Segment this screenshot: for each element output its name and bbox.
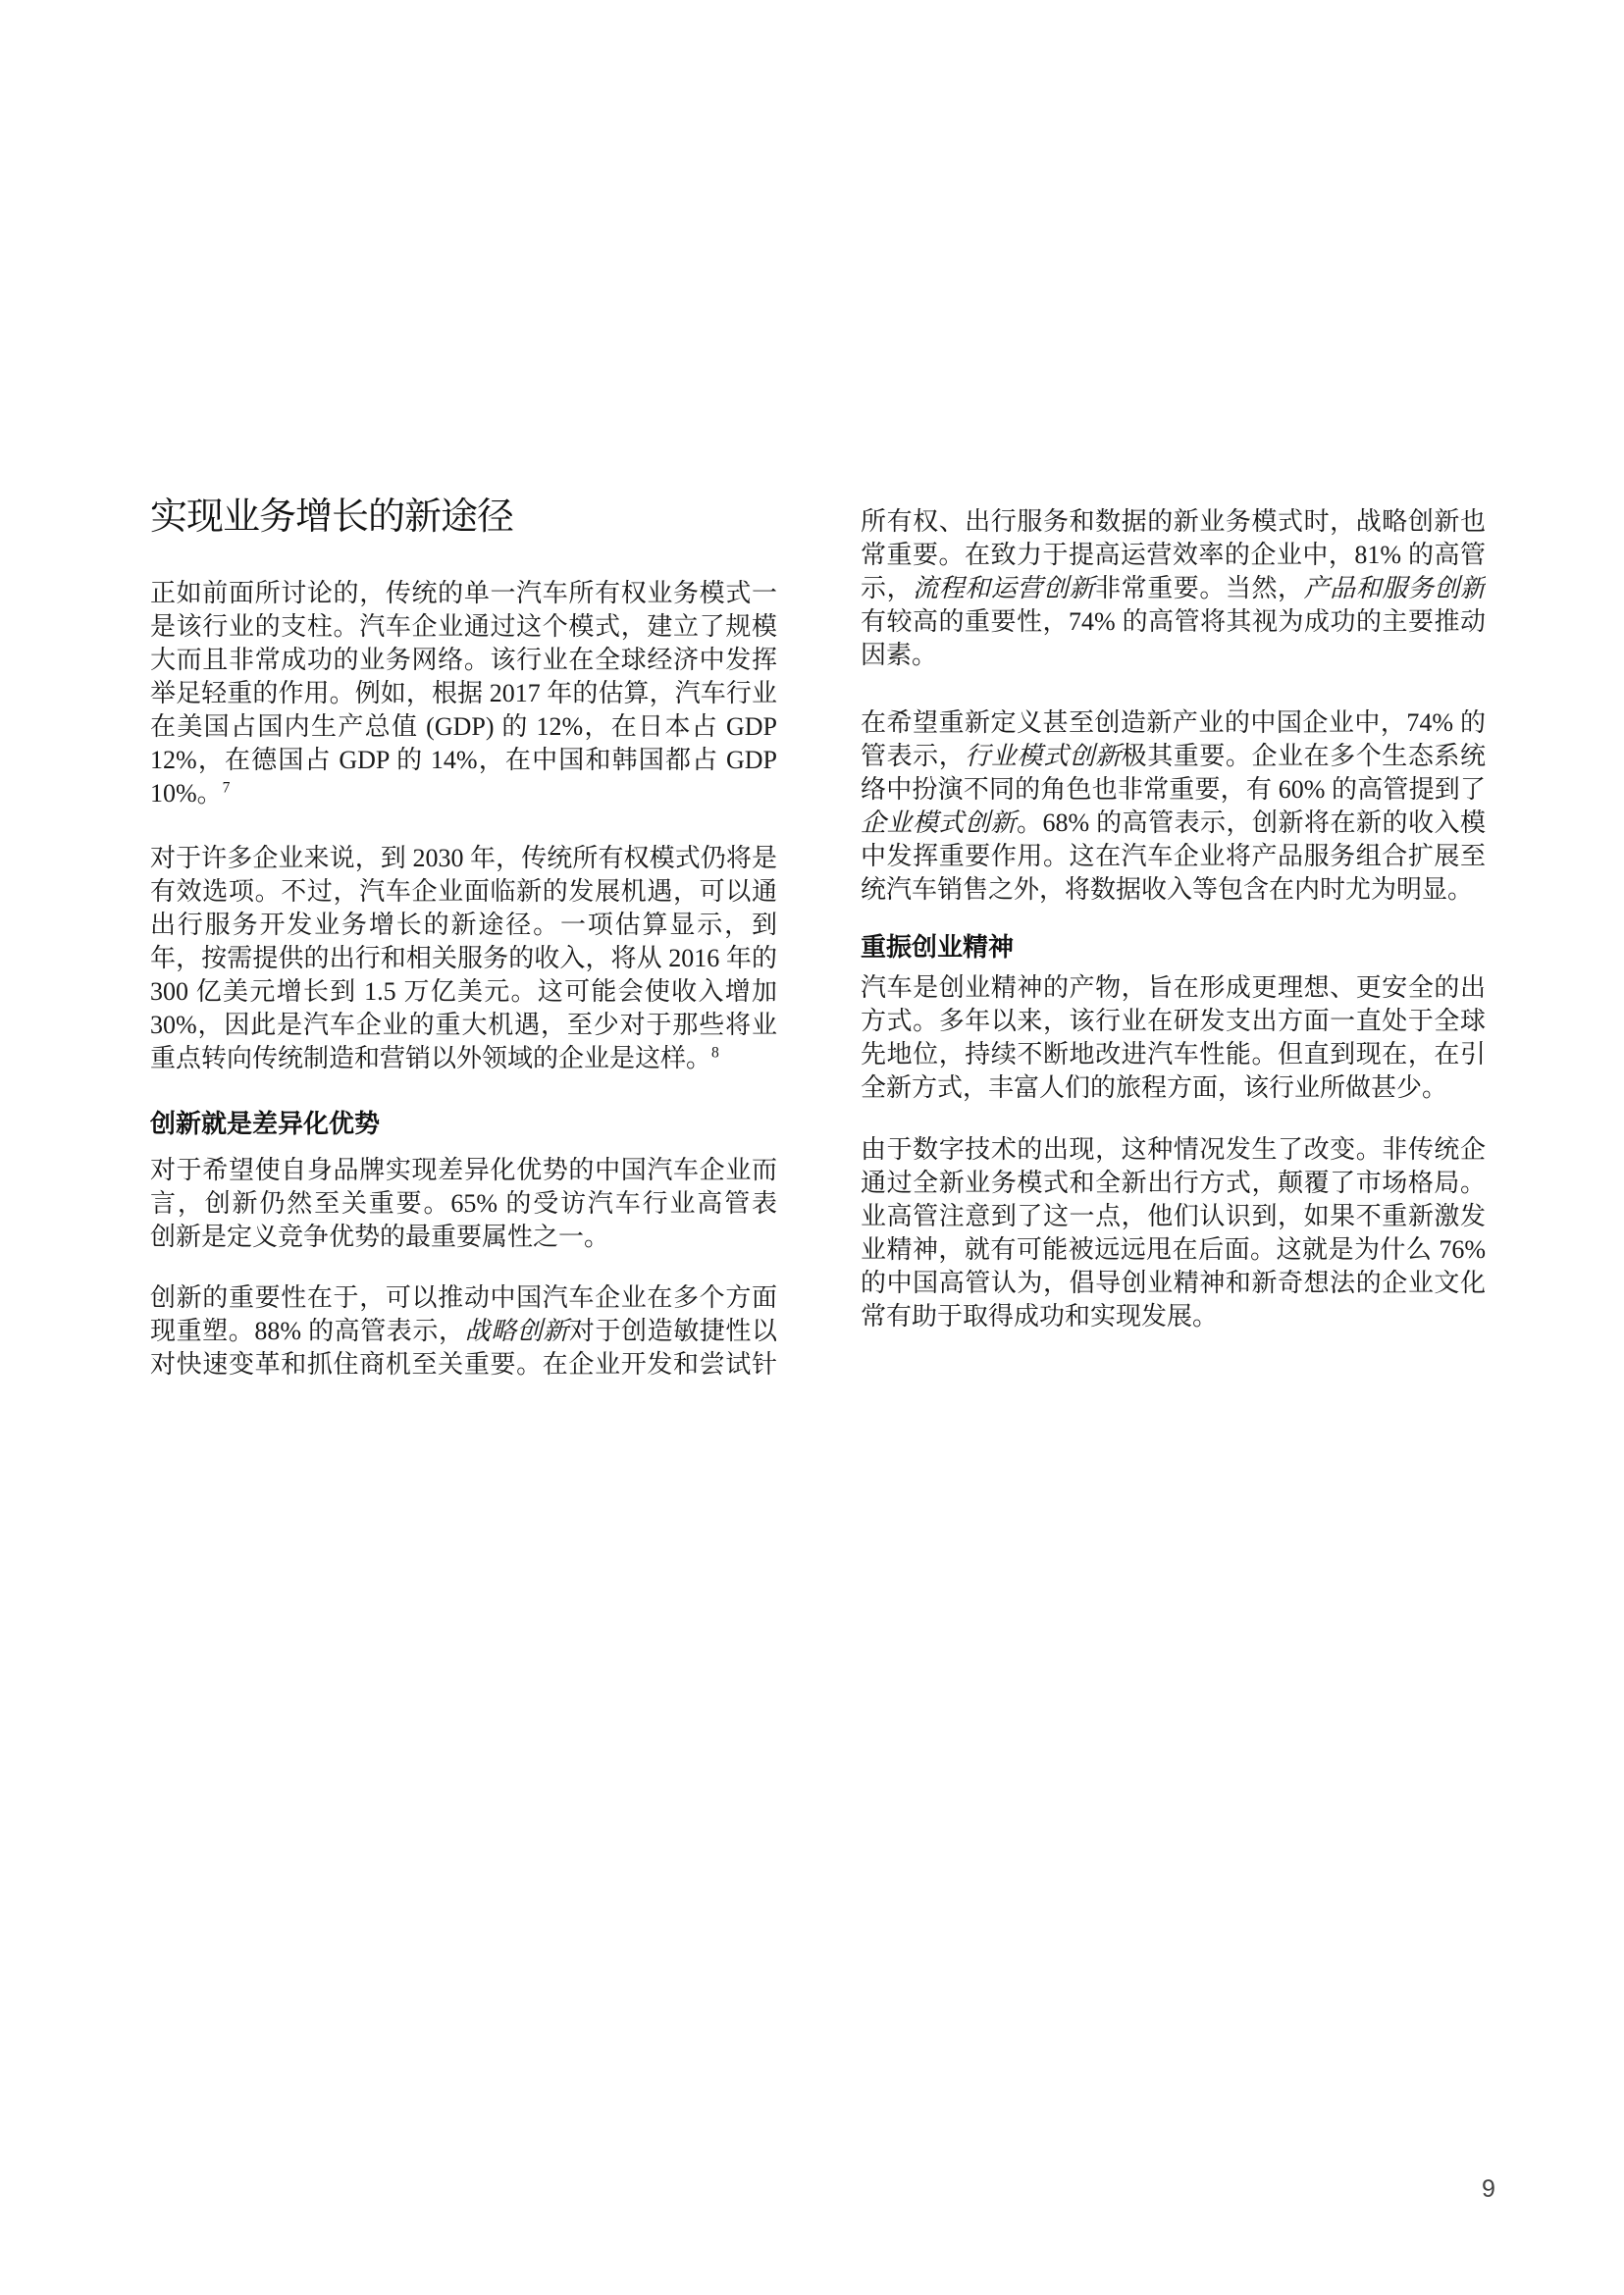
body-text: 年，按需提供的出行和相关服务的收入，将从 2016 年的 bbox=[150, 944, 777, 972]
body-text: 管表示， bbox=[861, 742, 965, 770]
text-line: 业精神，就有可能被远远甩在后面。这就是为什么 76% bbox=[861, 1233, 1486, 1267]
text-line: 所有权、出行服务和数据的新业务模式时，战略创新也非 bbox=[861, 505, 1486, 539]
paragraph: 所有权、出行服务和数据的新业务模式时，战略创新也非常重要。在致力于提高运营效率的… bbox=[861, 505, 1486, 672]
emphasized-text: 企业模式创新 bbox=[861, 808, 1017, 837]
body-text: 所有权、出行服务和数据的新业务模式时，战略创新也非 bbox=[861, 507, 1486, 539]
body-text: 重点转向传统制造和营销以外领域的企业是这样。 bbox=[150, 1044, 711, 1072]
body-text: 非常重要。当然， bbox=[1095, 574, 1304, 602]
text-line: 常重要。在致力于提高运营效率的企业中，81% 的高管表 bbox=[861, 539, 1486, 572]
body-text: 现重塑。88% 的高管表示， bbox=[150, 1317, 465, 1345]
subsection-heading: 创新就是差异化优势 bbox=[150, 1107, 777, 1140]
body-text: 业高管注意到了这一点，他们认识到，如果不重新激发创 bbox=[861, 1202, 1486, 1233]
text-line: 有效选项。不过，汽车企业面临新的发展机遇，可以通过 bbox=[150, 875, 777, 909]
emphasized-text: 产品和服务创新 bbox=[1304, 574, 1486, 602]
text-line: 在美国占国内生产总值 (GDP) 的 12%，在日本占 GDP 的 bbox=[150, 710, 777, 744]
text-line: 出行服务开发业务增长的新途径。一项估算显示，到 2030 bbox=[150, 909, 777, 942]
footnote-reference: 7 bbox=[223, 779, 231, 796]
body-text: 在美国占国内生产总值 (GDP) 的 12%，在日本占 GDP 的 bbox=[150, 712, 777, 744]
body-text: 在希望重新定义甚至创造新产业的中国企业中，74% 的高 bbox=[861, 708, 1486, 740]
text-line: 对于许多企业来说，到 2030 年，传统所有权模式仍将是 bbox=[150, 842, 777, 875]
text-line: 络中扮演不同的角色也非常重要，有 60% 的高管提到了 bbox=[861, 773, 1486, 807]
text-line: 年，按需提供的出行和相关服务的收入，将从 2016 年的 bbox=[150, 942, 777, 975]
text-line: 业高管注意到了这一点，他们认识到，如果不重新激发创 bbox=[861, 1200, 1486, 1233]
body-text: 业精神，就有可能被远远甩在后面。这就是为什么 76% bbox=[861, 1235, 1486, 1264]
text-line: 言，创新仍然至关重要。65% 的受访汽车行业高管表示， bbox=[150, 1187, 777, 1221]
paragraph: 正如前面所讨论的，传统的单一汽车所有权业务模式一直是该行业的支柱。汽车企业通过这… bbox=[150, 577, 777, 810]
body-text: 是该行业的支柱。汽车企业通过这个模式，建立了规模庞 bbox=[150, 612, 777, 644]
text-line: 创新的重要性在于，可以推动中国汽车企业在多个方面实 bbox=[150, 1281, 777, 1315]
body-text: 创新的重要性在于，可以推动中国汽车企业在多个方面实 bbox=[150, 1283, 777, 1315]
body-text: 对快速变革和抓住商机至关重要。在企业开发和尝试针对 bbox=[150, 1350, 777, 1382]
page-number: 9 bbox=[1482, 2175, 1495, 2204]
text-line: 正如前面所讨论的，传统的单一汽车所有权业务模式一直 bbox=[150, 577, 777, 610]
body-text: 常重要。在致力于提高运营效率的企业中，81% 的高管表 bbox=[861, 541, 1486, 572]
text-line: 示，流程和运营创新非常重要。当然，产品和服务创新也具 bbox=[861, 572, 1486, 605]
text-line: 有较高的重要性，74% 的高管将其视为成功的主要推动 bbox=[861, 605, 1486, 639]
body-text: 12%，在德国占 GDP 的 14%，在中国和韩国都占 GDP 的 bbox=[150, 746, 777, 777]
text-line: 现重塑。88% 的高管表示，战略创新对于创造敏捷性以应 bbox=[150, 1315, 777, 1348]
text-line: 方式。多年以来，该行业在研发支出方面一直处于全球领 bbox=[861, 1005, 1486, 1038]
text-line: 中发挥重要作用。这在汽车企业将产品服务组合扩展至传 bbox=[861, 840, 1486, 873]
text-line: 管表示，行业模式创新极其重要。企业在多个生态系统网 bbox=[861, 740, 1486, 773]
text-line: 12%，在德国占 GDP 的 14%，在中国和韩国都占 GDP 的 bbox=[150, 744, 777, 777]
text-line: 举足轻重的作用。例如，根据 2017 年的估算，汽车行业 bbox=[150, 677, 777, 710]
body-text: 大而且非常成功的业务网络。该行业在全球经济中发挥着 bbox=[150, 646, 777, 677]
footnote-reference: 8 bbox=[711, 1044, 719, 1061]
paragraph: 对于许多企业来说，到 2030 年，传统所有权模式仍将是有效选项。不过，汽车企业… bbox=[150, 842, 777, 1075]
body-text: 常有助于取得成功和实现发展。 bbox=[861, 1302, 1218, 1330]
text-line: 10%。7 bbox=[150, 777, 777, 810]
body-text: 全新方式，丰富人们的旅程方面，该行业所做甚少。 bbox=[861, 1073, 1447, 1102]
body-text: 因素。 bbox=[861, 641, 937, 669]
emphasized-text: 战略创新 bbox=[465, 1317, 569, 1345]
body-text: 300 亿美元增长到 1.5 万亿美元。这可能会使收入增加 bbox=[150, 977, 777, 1006]
text-line: 在希望重新定义甚至创造新产业的中国企业中，74% 的高 bbox=[861, 706, 1486, 740]
text-line: 全新方式，丰富人们的旅程方面，该行业所做甚少。 bbox=[861, 1071, 1486, 1105]
body-text: 统汽车销售之外，将数据收入等包含在内时尤为明显。 bbox=[861, 875, 1473, 904]
text-line: 由于数字技术的出现，这种情况发生了改变。非传统企业 bbox=[861, 1133, 1486, 1167]
text-line: 对快速变革和抓住商机至关重要。在企业开发和尝试针对 bbox=[150, 1348, 777, 1382]
body-text: 对于希望使自身品牌实现差异化优势的中国汽车企业而 bbox=[150, 1156, 777, 1184]
text-line: 常有助于取得成功和实现发展。 bbox=[861, 1300, 1486, 1333]
body-text: 方式。多年以来，该行业在研发支出方面一直处于全球领 bbox=[861, 1007, 1486, 1038]
text-line: 汽车是创业精神的产物，旨在形成更理想、更安全的出行 bbox=[861, 971, 1486, 1005]
body-text: 络中扮演不同的角色也非常重要，有 60% 的高管提到了 bbox=[861, 775, 1486, 804]
body-text: 出行服务开发业务增长的新途径。一项估算显示，到 2030 bbox=[150, 911, 777, 942]
text-line: 对于希望使自身品牌实现差异化优势的中国汽车企业而 bbox=[150, 1154, 777, 1187]
body-text: 有效选项。不过，汽车企业面临新的发展机遇，可以通过 bbox=[150, 877, 777, 909]
paragraph: 由于数字技术的出现，这种情况发生了改变。非传统企业通过全新业务模式和全新出行方式… bbox=[861, 1133, 1486, 1333]
text-line: 统汽车销售之外，将数据收入等包含在内时尤为明显。 bbox=[861, 873, 1486, 907]
text-line: 因素。 bbox=[861, 639, 1486, 672]
paragraph: 创新的重要性在于，可以推动中国汽车企业在多个方面实现重塑。88% 的高管表示，战… bbox=[150, 1281, 777, 1382]
body-text: 10%。 bbox=[150, 779, 223, 808]
text-line: 先地位，持续不断地改进汽车性能。但直到现在，在引进 bbox=[861, 1038, 1486, 1071]
body-text: 举足轻重的作用。例如，根据 2017 年的估算，汽车行业 bbox=[150, 679, 777, 707]
body-text: 汽车是创业精神的产物，旨在形成更理想、更安全的出行 bbox=[861, 973, 1486, 1005]
body-text: 的中国高管认为，倡导创业精神和新奇想法的企业文化非 bbox=[861, 1269, 1486, 1300]
text-line: 企业模式创新。68% 的高管表示，创新将在新的收入模式 bbox=[861, 807, 1486, 840]
paragraph: 对于希望使自身品牌实现差异化优势的中国汽车企业而言，创新仍然至关重要。65% 的… bbox=[150, 1154, 777, 1254]
text-line: 通过全新业务模式和全新出行方式，颠覆了市场格局。行 bbox=[861, 1167, 1486, 1200]
body-text: 30%，因此是汽车企业的重大机遇，至少对于那些将业务 bbox=[150, 1011, 777, 1042]
body-text: 有较高的重要性，74% 的高管将其视为成功的主要推动 bbox=[861, 607, 1486, 636]
body-text: 由于数字技术的出现，这种情况发生了改变。非传统企业 bbox=[861, 1135, 1486, 1167]
text-line: 大而且非常成功的业务网络。该行业在全球经济中发挥着 bbox=[150, 644, 777, 677]
text-line: 是该行业的支柱。汽车企业通过这个模式，建立了规模庞 bbox=[150, 610, 777, 644]
emphasized-text: 流程和运营创新 bbox=[913, 574, 1095, 602]
body-text: 中发挥重要作用。这在汽车企业将产品服务组合扩展至传 bbox=[861, 842, 1486, 873]
body-text: 通过全新业务模式和全新出行方式，颠覆了市场格局。行 bbox=[861, 1169, 1486, 1200]
left-column: 实现业务增长的新途径正如前面所讨论的，传统的单一汽车所有权业务模式一直是该行业的… bbox=[150, 496, 777, 1382]
text-line: 创新是定义竞争优势的最重要属性之一。 bbox=[150, 1221, 777, 1254]
subsection-heading: 重振创业精神 bbox=[861, 930, 1486, 964]
body-text: 示， bbox=[861, 574, 913, 602]
report-page: 实现业务增长的新途径正如前面所讨论的，传统的单一汽车所有权业务模式一直是该行业的… bbox=[0, 0, 1624, 2295]
body-text: 对于许多企业来说，到 2030 年，传统所有权模式仍将是 bbox=[150, 844, 777, 872]
text-line: 30%，因此是汽车企业的重大机遇，至少对于那些将业务 bbox=[150, 1009, 777, 1042]
body-text: 正如前面所讨论的，传统的单一汽车所有权业务模式一直 bbox=[150, 579, 777, 610]
body-text: 先地位，持续不断地改进汽车性能。但直到现在，在引进 bbox=[861, 1040, 1486, 1071]
text-line: 重点转向传统制造和营销以外领域的企业是这样。8 bbox=[150, 1042, 777, 1075]
paragraph: 汽车是创业精神的产物，旨在形成更理想、更安全的出行方式。多年以来，该行业在研发支… bbox=[861, 971, 1486, 1105]
body-text: 言，创新仍然至关重要。65% 的受访汽车行业高管表示， bbox=[150, 1189, 777, 1221]
paragraph: 在希望重新定义甚至创造新产业的中国企业中，74% 的高管表示，行业模式创新极其重… bbox=[861, 706, 1486, 907]
right-column: 所有权、出行服务和数据的新业务模式时，战略创新也非常重要。在致力于提高运营效率的… bbox=[861, 505, 1486, 1333]
text-line: 的中国高管认为，倡导创业精神和新奇想法的企业文化非 bbox=[861, 1267, 1486, 1300]
text-line: 300 亿美元增长到 1.5 万亿美元。这可能会使收入增加 bbox=[150, 975, 777, 1009]
emphasized-text: 行业模式创新 bbox=[965, 742, 1121, 770]
body-text: 创新是定义竞争优势的最重要属性之一。 bbox=[150, 1223, 609, 1251]
section-title: 实现业务增长的新途径 bbox=[150, 496, 777, 539]
